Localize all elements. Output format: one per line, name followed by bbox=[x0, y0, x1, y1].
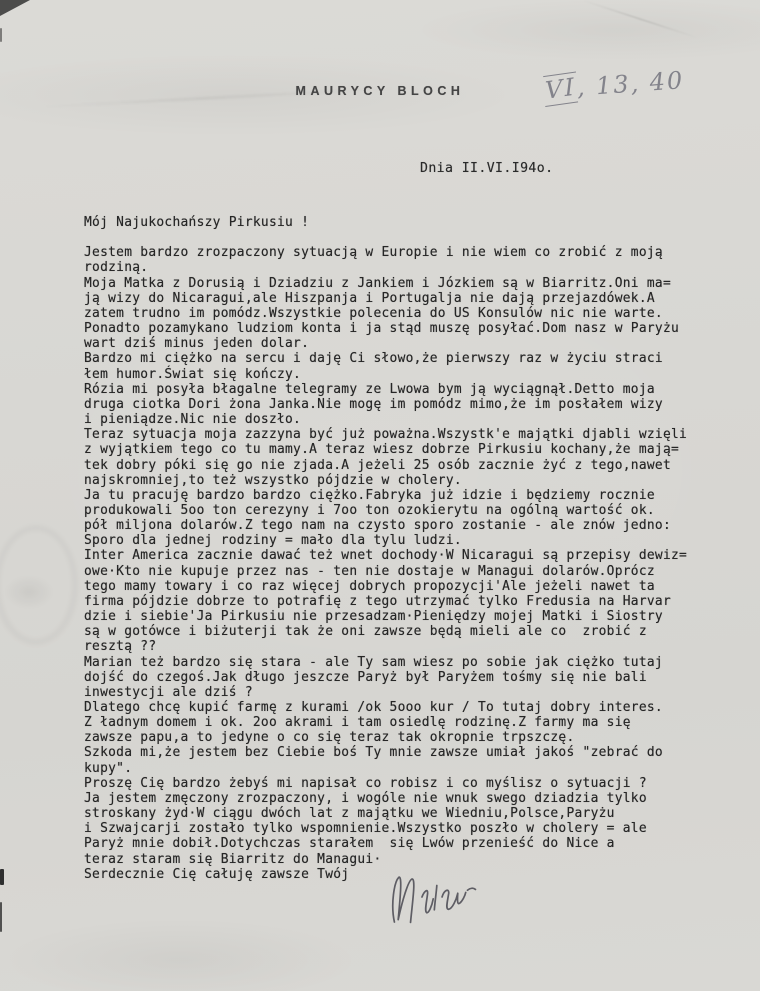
scan-edge-artifact bbox=[0, 902, 2, 932]
embossed-stamp-ghost bbox=[4, 575, 54, 609]
signature-scribble bbox=[379, 861, 485, 933]
scan-edge-artifact bbox=[0, 869, 4, 885]
scan-corner-artifact bbox=[0, 0, 30, 16]
handwritten-date-rest: , 13, 40 bbox=[576, 66, 685, 101]
letterhead-name: MAURYCY BLOCH bbox=[296, 84, 465, 98]
handwritten-date-annotation: VI, 13, 40 bbox=[543, 65, 685, 106]
paper-crease-top-right bbox=[583, 0, 698, 38]
typed-date-line: Dnia II.VI.I94o. bbox=[420, 161, 553, 176]
letter-scan-page: MAURYCY BLOCH VI, 13, 40 Dnia II.VI.I94o… bbox=[0, 0, 760, 991]
scan-edge-artifact bbox=[0, 28, 2, 42]
letter-body-text: Mój Najukochańszy Pirkusiu ! Jestem bard… bbox=[84, 215, 687, 882]
handwritten-month-numeral: VI bbox=[543, 72, 578, 108]
